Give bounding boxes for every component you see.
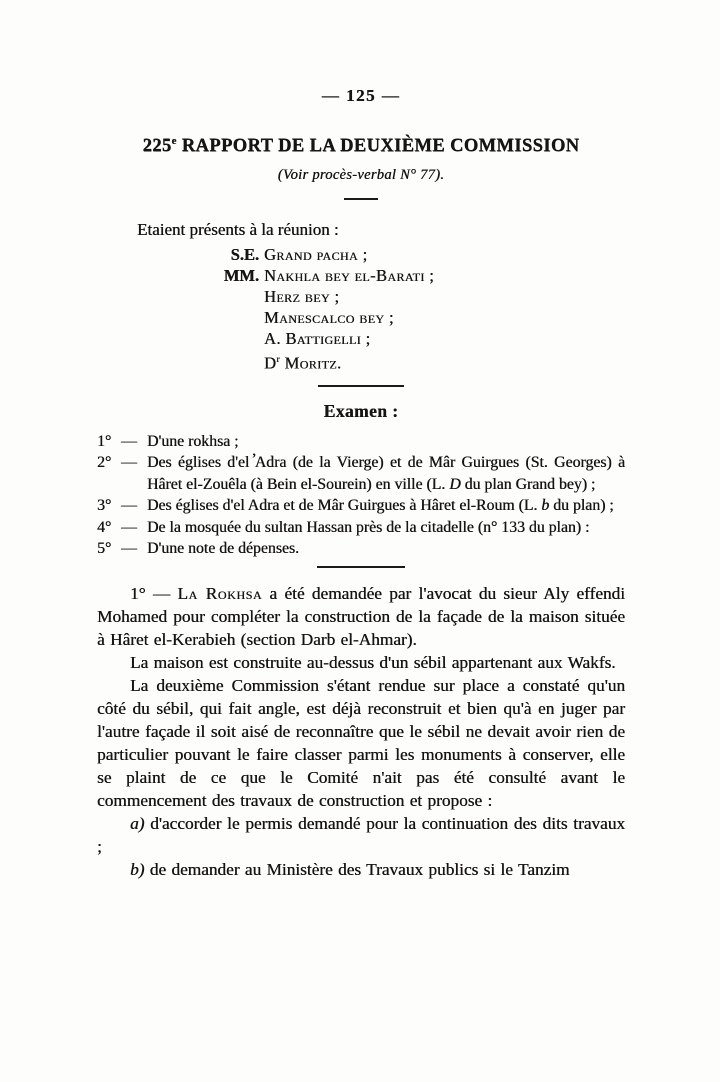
examen-item: 1° — D'une rokhsa ; <box>97 431 625 453</box>
body-paragraph-rokhsa: 1° — La Rokhsa a été demandée par l'avoc… <box>97 582 625 651</box>
examen-item-text: Des églises d'el Adra (de la Vierge) et … <box>147 452 625 495</box>
examen-item: 2° — Des églises d'el Adra (de la Vierge… <box>97 452 625 495</box>
report-title-number: 225 <box>143 136 172 156</box>
examen-item-dash: — <box>121 538 147 560</box>
body-paragraph-proposal-a: a) d'accorder le permis demandé pour la … <box>97 812 625 858</box>
examen-heading: Examen : <box>97 401 625 422</box>
examen-item: 3° — Des églises d'el Adra et de Mâr Gui… <box>97 495 625 517</box>
list-marker-a: a) <box>130 814 144 833</box>
examen-item-text-part: du plan Grand bey) ; <box>461 476 596 493</box>
text-column: — 125 — 225e RAPPORT DE LA DEUXIÈME COMM… <box>0 0 720 881</box>
paragraph-text: de demander au Ministère des Travaux pub… <box>144 860 569 879</box>
report-body: 1° — La Rokhsa a été demandée par l'avoc… <box>97 582 625 881</box>
page-number: — 125 — <box>97 86 625 106</box>
section-divider <box>344 198 378 200</box>
attendee-name: Herz bey ; <box>264 286 339 307</box>
list-marker-b: b) <box>130 860 144 879</box>
attendee-prefix: MM. <box>198 265 264 286</box>
attendee-row: Herz bey ; <box>97 286 625 307</box>
examen-item-text: D'une rokhsa ; <box>147 431 625 453</box>
attendee-row: MM. Nakhla bey el-Barati ; <box>97 265 625 286</box>
attendee-name: Nakhla bey el-Barati ; <box>264 265 434 286</box>
examen-item-dash: — <box>121 431 147 453</box>
examen-item-text-part: du plan) ; <box>549 497 614 514</box>
body-paragraph-proposal-b: b) de demander au Ministère des Travaux … <box>97 858 625 881</box>
examen-item: 5° — D'une note de dépenses. <box>97 538 625 560</box>
attendee-name: Grand pacha ; <box>264 244 368 265</box>
examen-item-text: De la mosquée du sultan Hassan près de l… <box>147 517 625 539</box>
report-title: 225e RAPPORT DE LA DEUXIÈME COMMISSION <box>97 135 625 157</box>
section-divider <box>317 566 405 568</box>
attendee-row: Manescalco bey ; <box>97 307 625 328</box>
attendee-row: Dr Moritz. <box>97 349 625 374</box>
body-paragraph-maison: La maison est construite au-dessus d'un … <box>97 651 625 674</box>
attendee-prefix: S.E. <box>198 244 264 265</box>
examen-item-number: 3° <box>97 495 121 517</box>
attendee-prefix <box>198 349 264 374</box>
rokhsa-smallcaps: La Rokhsa <box>177 584 262 603</box>
paragraph-number: 1° — <box>130 584 177 603</box>
examen-item-plan-letter: D <box>449 476 460 493</box>
examen-item-dash: — <box>121 495 147 517</box>
examen-item-number: 4° <box>97 517 121 539</box>
attendee-prefix <box>198 328 264 349</box>
examen-item-number: 5° <box>97 538 121 560</box>
attendee-name: Dr Moritz. <box>264 349 341 374</box>
examen-list: 1° — D'une rokhsa ; 2° — Des églises d'e… <box>97 431 625 560</box>
attendee-name: Manescalco bey ; <box>264 307 394 328</box>
attendee-name-text: Moritz. <box>280 354 341 373</box>
examen-item-dash: — <box>121 452 147 495</box>
report-title-text: RAPPORT DE LA DEUXIÈME COMMISSION <box>177 136 580 156</box>
attendee-name-initial: D <box>264 354 276 373</box>
attendee-row: A. Battigelli ; <box>97 328 625 349</box>
scanned-document-page: — 125 — 225e RAPPORT DE LA DEUXIÈME COMM… <box>0 0 720 1082</box>
examen-item-text-part: Des églises d'el Adra et de Mâr Guirgues… <box>147 497 541 514</box>
examen-item-dash: — <box>121 517 147 539</box>
examen-item-number: 1° <box>97 431 121 453</box>
attendee-prefix <box>198 307 264 328</box>
examen-item: 4° — De la mosquée du sultan Hassan près… <box>97 517 625 539</box>
attendee-prefix <box>198 286 264 307</box>
body-paragraph-commission: La deuxième Commission s'étant rendue su… <box>97 674 625 812</box>
examen-item-text: D'une note de dépenses. <box>147 538 625 560</box>
examen-item-number: 2° <box>97 452 121 495</box>
attendees-list: S.E. Grand pacha ; MM. Nakhla bey el-Bar… <box>97 244 625 374</box>
print-artifact-comma: , <box>252 442 256 460</box>
section-divider <box>318 385 404 387</box>
report-subtitle: (Voir procès-verbal N° 77). <box>97 167 625 184</box>
attendees-intro: Etaient présents à la réunion : <box>97 220 625 240</box>
attendee-name: A. Battigelli ; <box>264 328 371 349</box>
examen-item-text: Des églises d'el Adra et de Mâr Guirgues… <box>147 495 625 517</box>
paragraph-text: d'accorder le permis demandé pour la con… <box>97 814 625 856</box>
attendee-row: S.E. Grand pacha ; <box>97 244 625 265</box>
